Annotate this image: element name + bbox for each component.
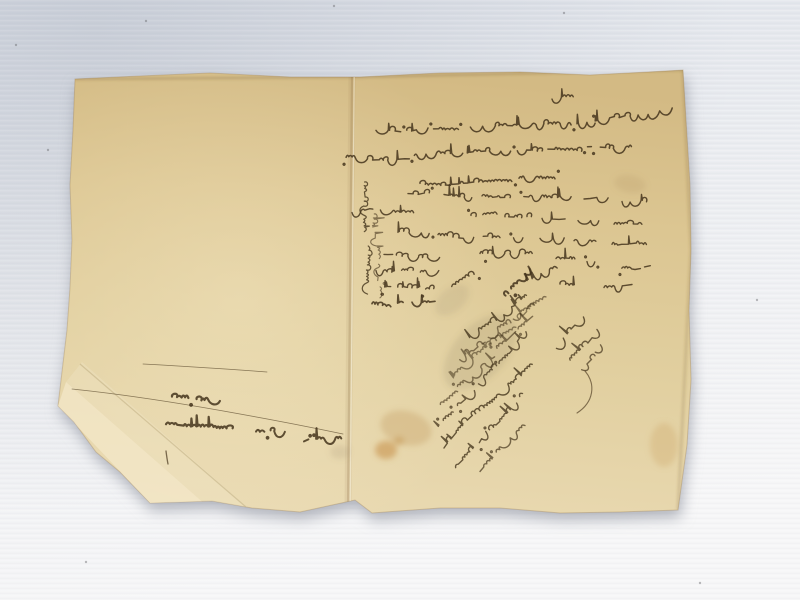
dust-speck	[15, 44, 17, 46]
dust-speck	[145, 20, 147, 22]
stain-mid	[330, 445, 350, 459]
dust-speck	[85, 561, 87, 563]
document-photo-canvas	[0, 0, 800, 600]
manuscript-photograph	[0, 0, 800, 600]
stain-dot	[394, 437, 404, 445]
dust-speck	[47, 149, 49, 151]
dust-speck	[699, 582, 701, 584]
dust-speck	[563, 12, 565, 14]
stain-core	[375, 441, 397, 459]
dust-speck	[333, 5, 335, 7]
stain-right-edge	[650, 423, 678, 467]
dust-speck	[756, 299, 758, 301]
paper-sheet	[50, 60, 710, 530]
